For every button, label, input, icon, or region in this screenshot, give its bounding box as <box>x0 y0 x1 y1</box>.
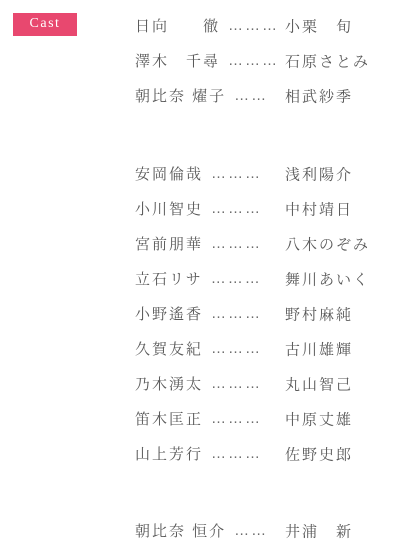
dot-leader: ……… <box>211 340 262 357</box>
dot-leader: ……… <box>211 445 262 462</box>
dot-leader: ……… <box>211 305 262 322</box>
cast-row: 日向 徹 ……… 小栗 旬 <box>135 8 415 43</box>
dot-leader: ……… <box>211 375 262 392</box>
actor-name: 舞川あいく <box>285 268 370 289</box>
character-name: 山上芳行 <box>135 443 203 464</box>
character-name: 小川智史 <box>135 198 203 219</box>
dot-leader: ……… <box>211 270 262 287</box>
character-name: 宮前朋華 <box>135 233 203 254</box>
character-name: 朝比奈 恒介 <box>135 520 226 541</box>
actor-name: 浅利陽介 <box>285 163 353 184</box>
cast-row: 澤木 千尋 ……… 石原さとみ <box>135 43 415 78</box>
dot-leader: ……… <box>211 410 262 427</box>
cast-row: 小野遙香 ……… 野村麻純 <box>135 296 415 331</box>
cast-section-badge: Cast <box>13 13 77 36</box>
dot-leader: ……… <box>211 200 262 217</box>
character-name: 小野遙香 <box>135 303 203 324</box>
cast-list: 日向 徹 ……… 小栗 旬 澤木 千尋 ……… 石原さとみ 朝比奈 燿子 …… … <box>135 8 415 548</box>
character-name: 立石リサ <box>135 268 203 289</box>
dot-leader: ……… <box>211 165 262 182</box>
character-name: 朝比奈 燿子 <box>135 85 226 106</box>
dot-leader: ……… <box>211 235 262 252</box>
cast-section-badge-label: Cast <box>30 16 61 32</box>
cast-row: 安岡倫哉 ……… 浅利陽介 <box>135 156 415 191</box>
character-name: 日向 徹 <box>135 15 220 36</box>
actor-name: 古川雄輝 <box>285 338 353 359</box>
dot-leader: …… <box>234 522 268 539</box>
actor-name: 八木のぞみ <box>285 233 370 254</box>
dot-leader: …… <box>234 87 268 104</box>
character-name: 乃木湧太 <box>135 373 203 394</box>
dot-leader: ……… <box>228 17 279 34</box>
actor-name: 小栗 旬 <box>285 15 353 36</box>
cast-row: 久賀友紀 ……… 古川雄輝 <box>135 331 415 366</box>
group-spacer <box>135 471 415 513</box>
character-name: 久賀友紀 <box>135 338 203 359</box>
cast-row: 朝比奈 恒介 …… 井浦 新 <box>135 513 415 548</box>
cast-row: 山上芳行 ……… 佐野史郎 <box>135 436 415 471</box>
cast-row: 宮前朋華 ……… 八木のぞみ <box>135 226 415 261</box>
dot-leader: ……… <box>228 52 279 69</box>
group-spacer <box>135 113 415 156</box>
cast-row: 乃木湧太 ……… 丸山智己 <box>135 366 415 401</box>
actor-name: 井浦 新 <box>285 520 353 541</box>
actor-name: 相武紗季 <box>285 85 353 106</box>
actor-name: 中原丈雄 <box>285 408 353 429</box>
actor-name: 中村靖日 <box>285 198 353 219</box>
cast-row: 小川智史 ……… 中村靖日 <box>135 191 415 226</box>
actor-name: 野村麻純 <box>285 303 353 324</box>
cast-row: 立石リサ ……… 舞川あいく <box>135 261 415 296</box>
cast-row: 朝比奈 燿子 …… 相武紗季 <box>135 78 415 113</box>
character-name: 笛木匡正 <box>135 408 203 429</box>
character-name: 安岡倫哉 <box>135 163 203 184</box>
actor-name: 佐野史郎 <box>285 443 353 464</box>
actor-name: 丸山智己 <box>285 373 353 394</box>
actor-name: 石原さとみ <box>285 50 370 71</box>
cast-row: 笛木匡正 ……… 中原丈雄 <box>135 401 415 436</box>
character-name: 澤木 千尋 <box>135 50 220 71</box>
